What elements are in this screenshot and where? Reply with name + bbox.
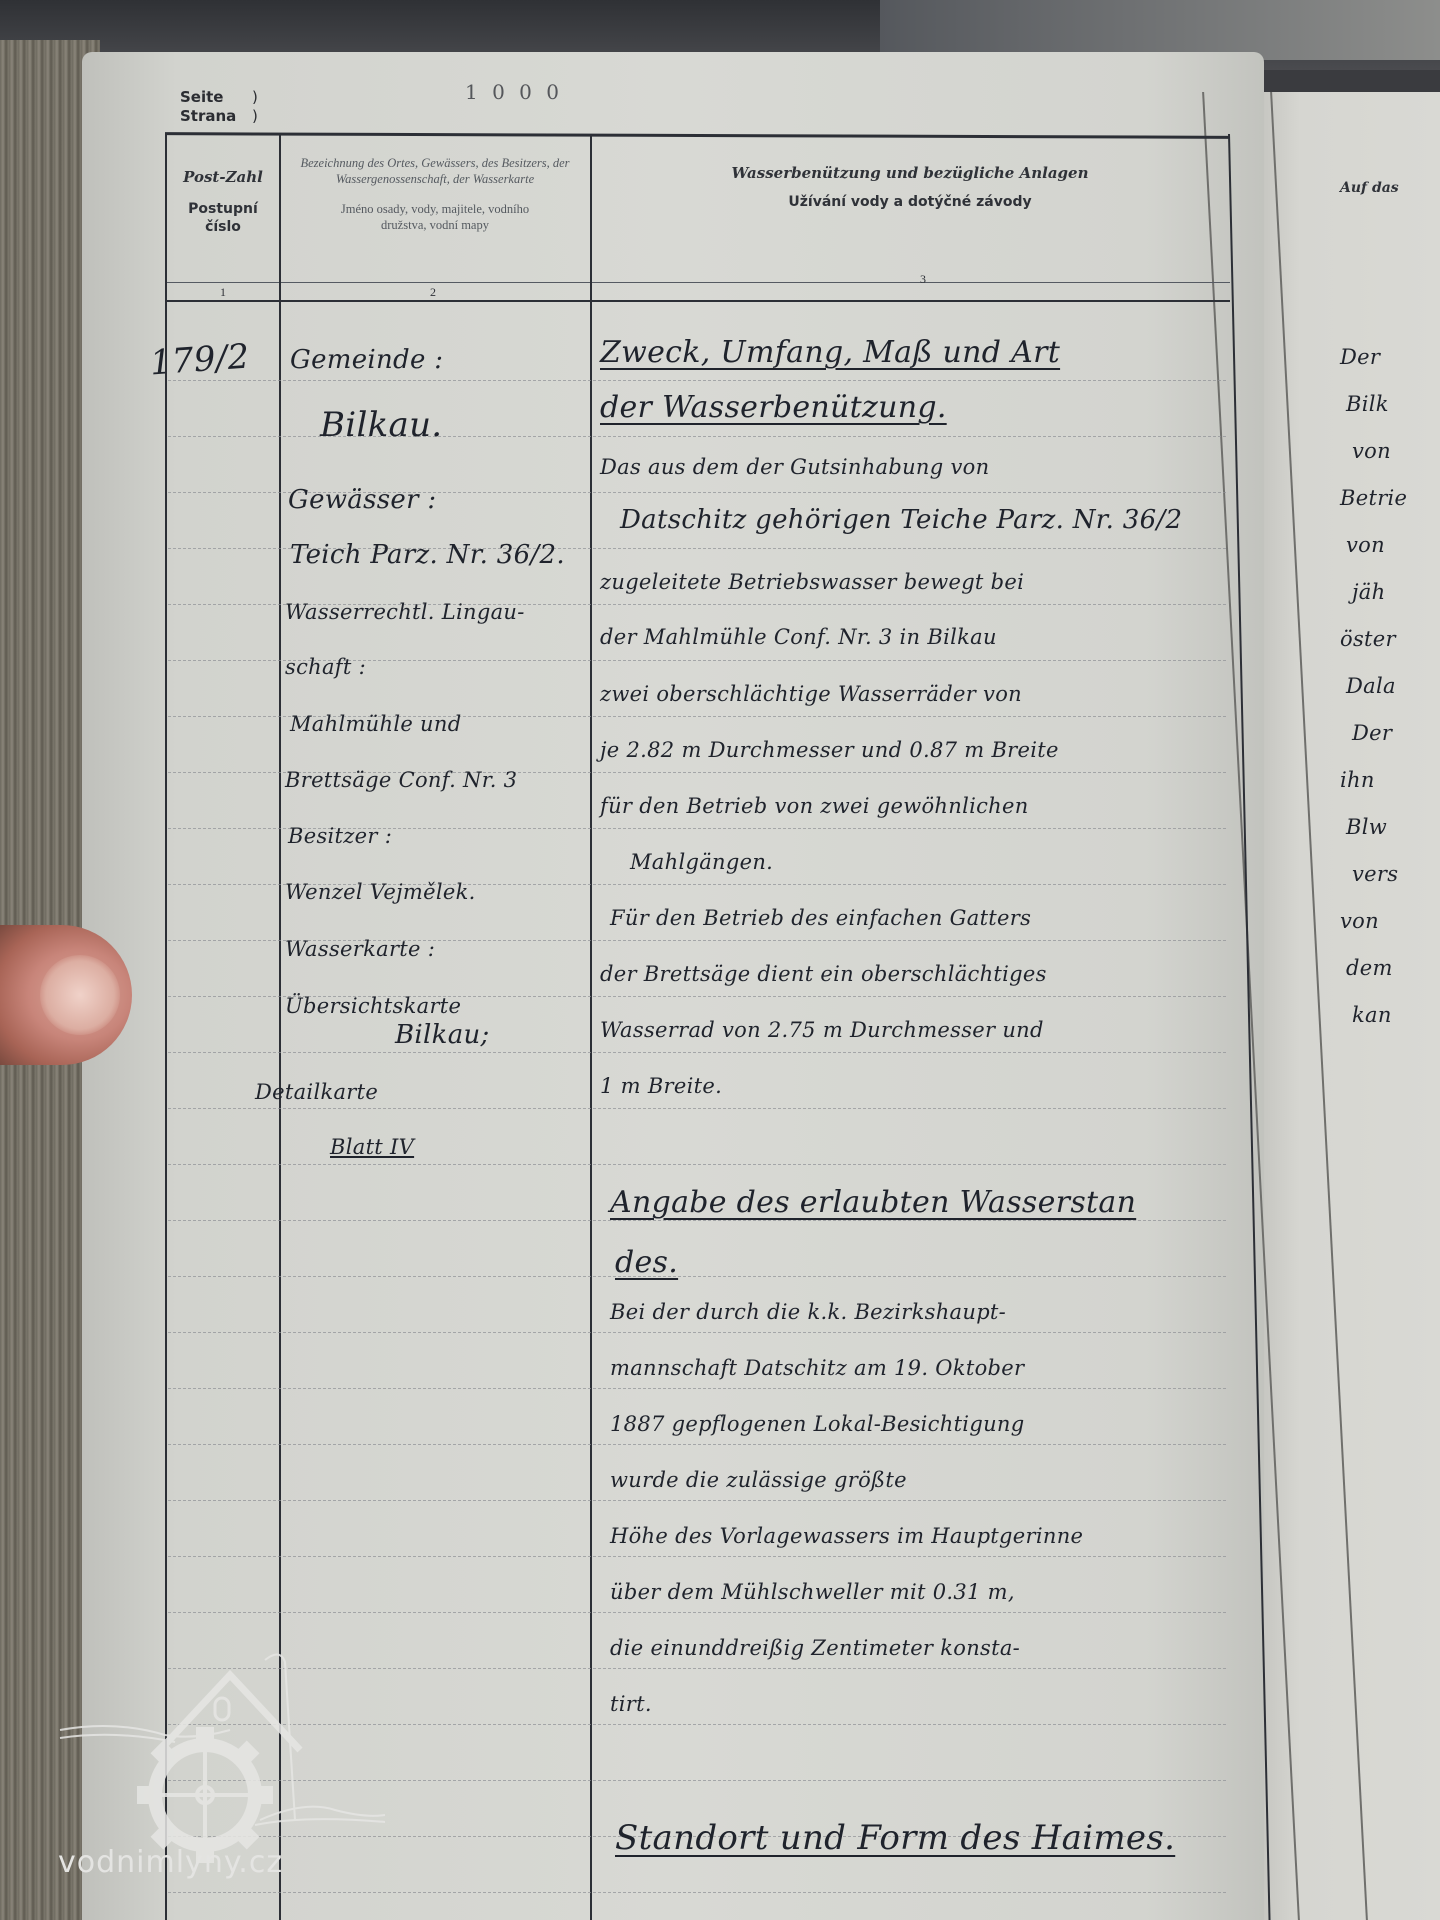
col3-title-de: Wasserbenützung und bezügliche Anlagen: [592, 164, 1228, 182]
col2-line: Bilkau;: [395, 1020, 490, 1050]
ruled-line: [168, 1108, 1228, 1109]
right-page-fragment: jäh: [1352, 580, 1385, 604]
ruled-line: [168, 1332, 1228, 1333]
col2-line: Brettsäge Conf. Nr. 3: [285, 768, 517, 792]
col2-line: Detailkarte: [255, 1080, 378, 1104]
col3-header: Wasserbenützung und bezügliche Anlagen U…: [592, 164, 1228, 210]
ruled-line: [168, 1556, 1228, 1557]
right-page-fragment: von: [1352, 439, 1391, 463]
post-zahl-value: 179/2: [149, 337, 251, 384]
right-page-fragment: Dala: [1346, 674, 1396, 698]
ruled-line: [168, 1276, 1228, 1277]
ruled-line: [168, 1388, 1228, 1389]
col2-line: Blatt IV: [330, 1135, 414, 1159]
col2-title-cs: Jméno osady, vody, majitele, vodního dru…: [284, 201, 586, 233]
col1-title-de: Post-Zahl: [167, 168, 279, 186]
col3-line: 1887 gepflogenen Lokal-Besichtigung: [610, 1412, 1024, 1436]
col3-line: die einunddreißig Zentimeter konsta-: [610, 1636, 1020, 1660]
brace-icon: ): [252, 107, 258, 126]
col3-line: Wasserrad von 2.75 m Durchmesser und: [600, 1018, 1044, 1042]
col2-title-de: Bezeichnung des Ortes, Gewässers, des Be…: [284, 155, 586, 187]
background-object: [880, 0, 1440, 60]
ruled-line: [168, 1220, 1228, 1221]
col2-line: schaft :: [285, 655, 366, 679]
right-page-header: Auf das: [1340, 180, 1399, 196]
col2-line: Mahlmühle und: [290, 712, 461, 736]
section-heading-water-level: Angabe des erlaubten Wasserstan: [610, 1185, 1136, 1220]
header-divider: [165, 282, 1230, 283]
col3-line: zugeleitete Betriebswasser bewegt bei: [600, 570, 1024, 594]
col3-line: Datschitz gehörigen Teiche Parz. Nr. 36/…: [620, 505, 1182, 535]
page-number: 1 0 0 0: [465, 80, 563, 104]
col2-line: Besitzer :: [288, 824, 392, 848]
right-page-fragment: kan: [1352, 1003, 1392, 1027]
right-page-fragment: Bilk: [1346, 392, 1389, 416]
col3-line: mannschaft Datschitz am 19. Oktober: [610, 1356, 1024, 1380]
col3-line: Höhe des Vorlagewassers im Hauptgerinne: [610, 1524, 1083, 1548]
col2-header: Bezeichnung des Ortes, Gewässers, des Be…: [284, 155, 586, 233]
col2-right-border: [590, 134, 592, 1920]
col3-line: für den Betrieb von zwei gewöhnlichen: [600, 794, 1029, 818]
col2-line: Gemeinde :: [290, 345, 443, 375]
seite-label: Seite: [180, 88, 236, 107]
col1-number: 1: [220, 285, 226, 300]
col2-line: Bilkau.: [320, 405, 442, 445]
ruled-line: [168, 1164, 1228, 1165]
ruled-line: [168, 1052, 1228, 1053]
col1-header: Post-Zahl Postupní číslo: [167, 168, 279, 236]
col2-line: Gewässer :: [288, 485, 436, 515]
ruled-line: [168, 380, 1228, 381]
section-heading-purpose: Zweck, Umfang, Maß und Art: [600, 335, 1060, 370]
col2-line: Wasserkarte :: [285, 937, 435, 961]
section-heading-purpose: der Wasserbenützung.: [600, 390, 947, 425]
right-page-fragment: von: [1340, 909, 1379, 933]
col3-line: über dem Mühlschweller mit 0.31 m,: [610, 1580, 1015, 1604]
col3-line: 1 m Breite.: [600, 1074, 722, 1098]
col3-line: wurde die zulässige größte: [610, 1468, 907, 1492]
right-page-fragment: Betrie: [1340, 486, 1407, 510]
col3-line: Für den Betrieb des einfachen Gatters: [610, 906, 1031, 930]
col3-title-cs: Užívání vody a dotýčné závody: [592, 194, 1228, 210]
right-page-fragment: öster: [1340, 627, 1396, 651]
col3-number: 3: [920, 272, 926, 287]
strana-label: Strana: [180, 107, 236, 126]
col3-line: zwei oberschlächtige Wasserräder von: [600, 682, 1022, 706]
watermark-text: vodnimlyny.cz: [58, 1845, 283, 1880]
header-bottom-rule: [165, 300, 1230, 302]
right-page-fragment: von: [1346, 533, 1385, 557]
brace-icon: ): [252, 88, 258, 107]
ruled-line: [168, 1444, 1228, 1445]
section-heading-standort: Standort und Form des Haimes.: [615, 1818, 1175, 1858]
col3-line: Mahlgängen.: [630, 850, 773, 874]
ruled-line: [168, 1500, 1228, 1501]
col3-line: Bei der durch die k.k. Bezirkshaupt-: [610, 1300, 1006, 1324]
right-page-fragment: Blw: [1346, 815, 1387, 839]
right-page-fragment: Der: [1340, 345, 1380, 369]
ruled-line: [168, 1612, 1228, 1613]
col2-line: Übersichtskarte: [285, 994, 461, 1018]
col2-line: Wenzel Vejmělek.: [285, 880, 476, 904]
right-page-fragment: vers: [1352, 862, 1398, 886]
col3-line: der Brettsäge dient ein oberschlächtiges: [600, 962, 1047, 986]
page-label: Seite Strana ) ): [180, 88, 236, 126]
right-page-fragment: ihn: [1340, 768, 1375, 792]
col2-line: Wasserrechtl. Lingau-: [285, 600, 525, 624]
right-page-fragment: dem: [1346, 956, 1393, 980]
section-heading-water-level: des.: [615, 1245, 678, 1280]
col3-line: der Mahlmühle Conf. Nr. 3 in Bilkau: [600, 625, 997, 649]
col2-line: Teich Parz. Nr. 36/2.: [290, 540, 565, 570]
col2-number: 2: [430, 285, 436, 300]
thumbnail: [40, 955, 120, 1035]
right-page-fragment: Der: [1352, 721, 1392, 745]
col3-line: Das aus dem der Gutsinhabung von: [600, 455, 989, 479]
col3-line: je 2.82 m Durchmesser und 0.87 m Breite: [600, 738, 1059, 762]
col1-title-cs: Postupní číslo: [167, 200, 279, 236]
col3-line: tirt.: [610, 1692, 652, 1716]
